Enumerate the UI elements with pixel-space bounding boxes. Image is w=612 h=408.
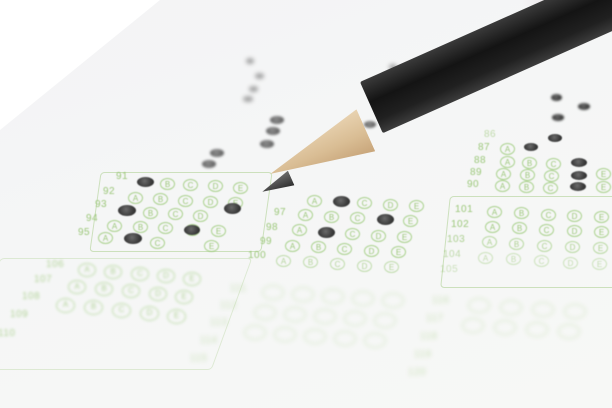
answer-bubble: A xyxy=(107,220,122,232)
answer-bubble: C xyxy=(122,284,140,298)
filled-bubble xyxy=(224,203,241,214)
answer-bubble: B xyxy=(311,241,326,253)
answer-bubble xyxy=(274,327,296,342)
answer-bubble: C xyxy=(112,303,131,318)
question-number: 119 xyxy=(414,349,431,360)
filled-bubble xyxy=(333,196,350,207)
question-number: 101 xyxy=(455,204,473,215)
question-number: 89 xyxy=(470,167,482,178)
answer-bubble: D xyxy=(193,210,208,222)
answer-bubble xyxy=(344,311,366,326)
answer-bubble: A xyxy=(487,206,502,218)
answer-bubble: A xyxy=(307,195,322,207)
answer-bubble xyxy=(352,291,374,306)
answer-bubble: C xyxy=(534,255,549,267)
filled-bubble xyxy=(571,171,587,180)
answer-bubble: A xyxy=(485,221,500,233)
answer-bubble xyxy=(292,287,314,302)
answer-bubble xyxy=(494,320,516,335)
answer-bubble xyxy=(468,298,490,313)
answer-bubble: D xyxy=(157,269,175,283)
question-number: 97 xyxy=(274,207,286,218)
photo-scene: 91 92 93 94 95 B C D E A B C D E B C D A… xyxy=(0,0,612,408)
filled-bubble xyxy=(318,227,335,238)
question-number: 103 xyxy=(447,234,465,245)
question-number: 91 xyxy=(116,171,128,182)
answer-bubble: A xyxy=(478,252,493,264)
answer-bubble: D xyxy=(357,260,372,272)
question-number: 107 xyxy=(34,274,52,285)
answer-bubble: D xyxy=(383,199,398,211)
question-number: 104 xyxy=(443,249,461,260)
answer-bubble: A xyxy=(500,156,515,168)
answer-bubble xyxy=(462,318,484,333)
filled-bubble xyxy=(524,143,538,151)
filled-bubble xyxy=(137,177,154,187)
filled-bubble xyxy=(548,134,562,142)
filled-bubble xyxy=(184,225,200,235)
answer-bubble: B xyxy=(153,193,168,205)
answer-bubble: C xyxy=(330,258,345,270)
question-number: 111 xyxy=(230,283,247,294)
question-number: 108 xyxy=(22,291,40,302)
answer-bubble: A xyxy=(285,240,300,252)
answer-bubble: B xyxy=(514,207,529,219)
filled-bubble xyxy=(570,182,586,191)
answer-bubble: C xyxy=(543,182,558,194)
answer-bubble xyxy=(526,322,548,337)
answer-bubble: B xyxy=(160,178,175,190)
answer-bubble: C xyxy=(357,197,372,209)
answer-bubble: B xyxy=(512,222,527,234)
answer-bubble xyxy=(322,289,344,304)
answer-bubble: B xyxy=(522,157,537,169)
question-number: 94 xyxy=(86,213,98,224)
answer-bubble: A xyxy=(78,263,96,277)
answer-bubble: D xyxy=(371,230,386,242)
answer-bubble: B xyxy=(143,207,158,219)
answer-bubble xyxy=(382,293,404,308)
answer-bubble: C xyxy=(150,237,165,249)
answer-bubble: C xyxy=(539,224,554,236)
answer-bubble: B xyxy=(509,238,524,250)
question-number: 118 xyxy=(420,331,437,342)
answer-bubble xyxy=(304,329,326,344)
question-number: 110 xyxy=(0,328,15,339)
question-number: 102 xyxy=(451,219,469,230)
answer-bubble: A xyxy=(298,209,313,221)
answer-bubble: D xyxy=(567,225,582,237)
question-number: 92 xyxy=(103,186,115,197)
filled-bubble xyxy=(118,205,136,216)
answer-bubble xyxy=(558,324,580,339)
answer-bubble: A xyxy=(482,236,497,248)
question-number: 115 xyxy=(190,353,207,364)
answer-bubble: A xyxy=(496,168,511,180)
question-number: 120 xyxy=(408,367,426,378)
answer-bubble xyxy=(364,333,386,348)
filled-bubble xyxy=(124,233,142,244)
filled-bubble xyxy=(571,158,587,167)
answer-bubble xyxy=(374,313,396,328)
answer-bubble: E xyxy=(596,168,611,180)
answer-bubble xyxy=(564,304,586,319)
answer-bubble: E xyxy=(211,225,226,237)
answer-bubble: B xyxy=(519,181,534,193)
answer-bubble xyxy=(532,302,554,317)
question-number: 93 xyxy=(95,199,107,210)
question-number: 98 xyxy=(266,222,278,233)
question-number: 116 xyxy=(432,295,449,306)
answer-bubble: C xyxy=(537,240,552,252)
answer-bubble: B xyxy=(84,300,103,315)
answer-bubble: C xyxy=(337,243,352,255)
answer-bubble xyxy=(284,307,306,322)
answer-bubble: B xyxy=(133,221,148,233)
answer-bubble xyxy=(262,285,284,300)
answer-bubble: A xyxy=(98,232,113,244)
answer-bubble: D xyxy=(208,180,223,192)
answer-bubble: C xyxy=(158,222,173,234)
question-number: 114 xyxy=(200,335,217,346)
answer-bubble: E xyxy=(593,242,608,254)
answer-bubble: E xyxy=(592,258,607,270)
answer-bubble: E xyxy=(409,200,424,212)
answer-bubble: A xyxy=(276,255,291,267)
answer-bubble: A xyxy=(292,224,307,236)
answer-bubble: E xyxy=(391,246,406,258)
question-number: 95 xyxy=(78,227,90,238)
question-number: 113 xyxy=(210,317,227,328)
answer-bubble: A xyxy=(128,192,143,204)
answer-bubble xyxy=(254,305,276,320)
answer-bubble: B xyxy=(104,265,122,279)
answer-bubble: E xyxy=(384,261,399,273)
question-number: 87 xyxy=(478,142,490,153)
question-number: 112 xyxy=(220,300,237,311)
question-number: 88 xyxy=(474,155,486,166)
answer-bubble: A xyxy=(56,298,75,313)
question-number: 105 xyxy=(440,264,458,275)
question-number: 99 xyxy=(260,236,272,247)
question-number: 90 xyxy=(467,179,479,190)
answer-bubble: B xyxy=(520,169,535,181)
answer-bubble: A xyxy=(495,180,510,192)
question-number: 106 xyxy=(46,259,64,270)
filled-bubble xyxy=(377,214,394,225)
answer-bubble xyxy=(334,331,356,346)
answer-bubble: A xyxy=(500,143,515,155)
answer-bubble: E xyxy=(596,181,611,193)
answer-bubble: E xyxy=(167,309,186,324)
answer-bubble: C xyxy=(546,158,561,170)
question-number: 86 xyxy=(484,129,496,140)
answer-bubble: E xyxy=(204,240,219,252)
answer-bubble: E xyxy=(397,231,412,243)
answer-bubble: C xyxy=(345,228,360,240)
answer-bubble: D xyxy=(149,287,167,301)
answer-bubble: C xyxy=(168,208,183,220)
answer-bubble: B xyxy=(303,256,318,268)
answer-bubble: D xyxy=(140,306,159,321)
answer-bubble xyxy=(500,300,522,315)
question-number: 109 xyxy=(10,309,28,320)
answer-bubble: C xyxy=(178,195,193,207)
answer-bubble: E xyxy=(233,182,248,194)
answer-bubble: A xyxy=(68,280,86,294)
answer-bubble: C xyxy=(183,179,198,191)
answer-bubble: C xyxy=(541,209,556,221)
answer-bubble: C xyxy=(544,170,559,182)
answer-bubble: E xyxy=(594,226,609,238)
answer-bubble: C xyxy=(350,212,365,224)
answer-bubble: B xyxy=(324,211,339,223)
answer-bubble: E xyxy=(594,211,609,223)
answer-bubble: D xyxy=(565,241,580,253)
question-number: 117 xyxy=(426,313,443,324)
answer-bubble: D xyxy=(567,210,582,222)
answer-bubble: E xyxy=(183,272,201,286)
answer-bubble: B xyxy=(95,282,113,296)
answer-bubble xyxy=(314,309,336,324)
answer-bubble: E xyxy=(403,215,418,227)
answer-bubble xyxy=(244,325,266,340)
answer-bubble: D xyxy=(203,196,218,208)
answer-bubble: D xyxy=(364,245,379,257)
answer-bubble: E xyxy=(175,290,193,304)
answer-bubble: D xyxy=(563,257,578,269)
answer-bubble: C xyxy=(131,267,149,281)
answer-bubble: B xyxy=(506,253,521,265)
